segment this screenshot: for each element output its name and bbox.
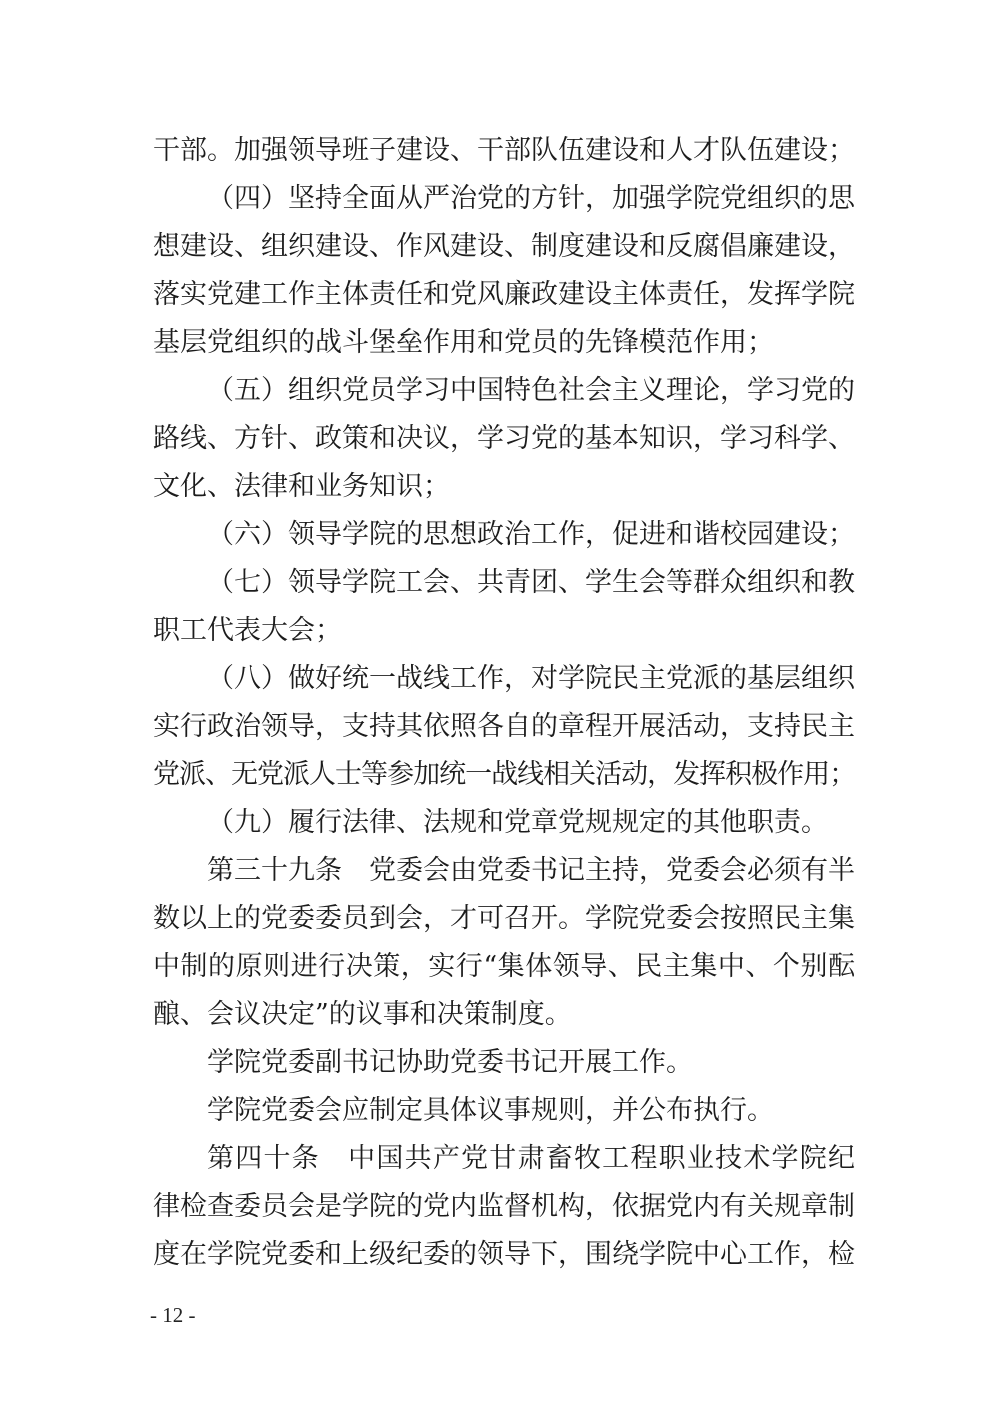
text-line: 律检查委员会是学院的党内监督机构，依据党内有关规章制 [153, 1183, 855, 1231]
text-line: （六）领导学院的思想政治工作，促进和谐校园建设； [153, 511, 855, 559]
text-line: 酿、会议决定”的议事和决策制度。 [153, 991, 855, 1039]
text-line: （八）做好统一战线工作，对学院民主党派的基层组织 [153, 655, 855, 703]
text-line: 数以上的党委委员到会，才可召开。学院党委会按照民主集 [153, 895, 855, 943]
text-line: 文化、法律和业务知识； [153, 463, 855, 511]
text-line: 基层党组织的战斗堡垒作用和党员的先锋模范作用； [153, 319, 855, 367]
text-line: 第四十条 中国共产党甘肃畜牧工程职业技术学院纪 [153, 1135, 855, 1183]
text-line: 干部。加强领导班子建设、干部队伍建设和人才队伍建设； [153, 127, 855, 175]
text-line: （五）组织党员学习中国特色社会主义理论，学习党的 [153, 367, 855, 415]
text-line: 学院党委会应制定具体议事规则，并公布执行。 [153, 1087, 855, 1135]
text-line: 职工代表大会； [153, 607, 855, 655]
text-line: 度在学院党委和上级纪委的领导下，围绕学院中心工作，检 [153, 1231, 855, 1279]
document-page: 干部。加强领导班子建设、干部队伍建设和人才队伍建设； （四）坚持全面从严治党的方… [0, 0, 1000, 1414]
page-number: - 12 - [150, 1302, 196, 1328]
text-line: 中制的原则进行决策，实行“集体领导、民主集中、个别酝 [153, 943, 855, 991]
text-line: （七）领导学院工会、共青团、学生会等群众组织和教 [153, 559, 855, 607]
text-line: 党派、无党派人士等参加统一战线相关活动，发挥积极作用； [153, 751, 855, 799]
text-line: 学院党委副书记协助党委书记开展工作。 [153, 1039, 855, 1087]
text-line: 路线、方针、政策和决议，学习党的基本知识，学习科学、 [153, 415, 855, 463]
text-line: 落实党建工作主体责任和党风廉政建设主体责任，发挥学院 [153, 271, 855, 319]
text-line: 实行政治领导，支持其依照各自的章程开展活动，支持民主 [153, 703, 855, 751]
text-line: 想建设、组织建设、作风建设、制度建设和反腐倡廉建设， [153, 223, 855, 271]
text-line: （九）履行法律、法规和党章党规规定的其他职责。 [153, 799, 855, 847]
text-line: （四）坚持全面从严治党的方针，加强学院党组织的思 [153, 175, 855, 223]
page-content: 干部。加强领导班子建设、干部队伍建设和人才队伍建设； （四）坚持全面从严治党的方… [153, 127, 855, 1279]
text-line: 第三十九条 党委会由党委书记主持，党委会必须有半 [153, 847, 855, 895]
